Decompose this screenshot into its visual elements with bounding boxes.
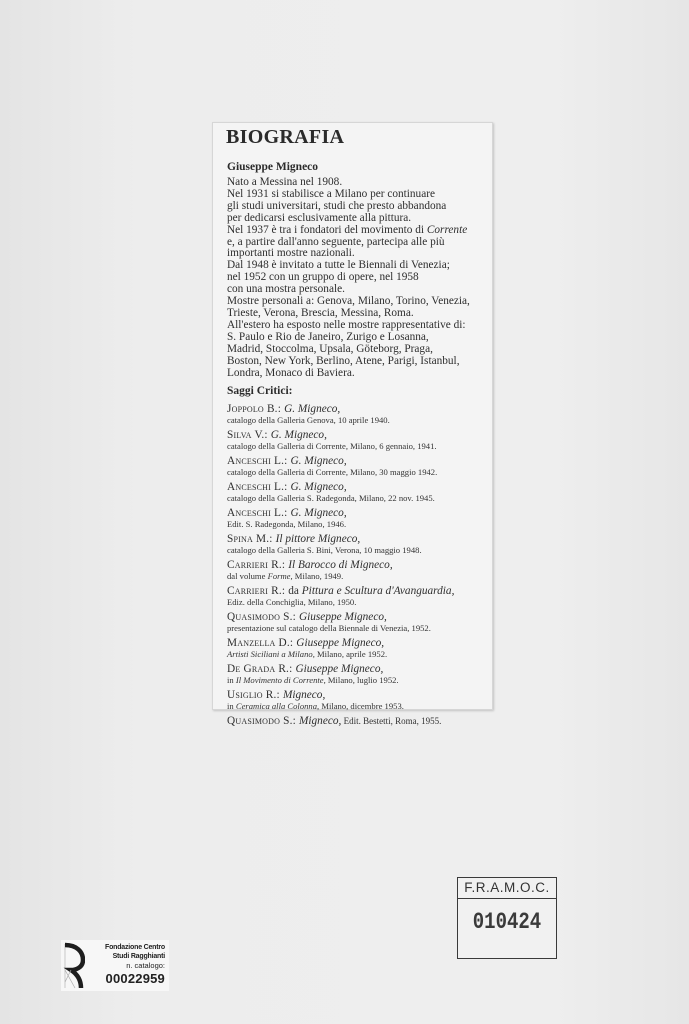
- reference-item: De Grada R.: Giuseppe Migneco,in Il Movi…: [227, 663, 492, 686]
- reference-detail: dal volume Forme, Milano, 1949.: [227, 571, 492, 582]
- reference-title: Giuseppe Migneco,: [299, 611, 387, 623]
- reference-item: Anceschi L.: G. Migneco,catalogo della G…: [227, 481, 492, 504]
- reference-author: Silva V.:: [227, 429, 271, 441]
- reference-title: G. Migneco,: [291, 481, 347, 493]
- reference-author: Anceschi L.:: [227, 481, 291, 493]
- catalog-label: Fondazione Centro Studi Ragghianti n. ca…: [61, 940, 169, 991]
- reference-detail: catalogo della Galleria S. Radegonda, Mi…: [227, 493, 492, 504]
- reference-author: Joppolo B.:: [227, 403, 284, 415]
- reference-title: Migneco,: [299, 715, 341, 727]
- reference-detail: catalogo della Galleria di Corrente, Mil…: [227, 441, 492, 452]
- reference-author: Carrieri R.:: [227, 559, 288, 571]
- reference-item: Spina M.: Il pittore Migneco,catalogo de…: [227, 533, 492, 556]
- reference-title: Il pittore Migneco,: [276, 533, 361, 545]
- label-catalog-caption: n. catalogo:: [105, 961, 165, 970]
- reference-title: G. Migneco,: [291, 507, 347, 519]
- reference-title: Migneco,: [283, 689, 325, 701]
- reference-author: Quasimodo S.:: [227, 611, 299, 623]
- bio-line: Boston, New York, Berlino, Atene, Parigi…: [227, 356, 492, 368]
- label-foundation-line1: Fondazione Centro: [105, 943, 165, 952]
- reference-detail: in Ceramica alla Colonna, Milano, dicemb…: [227, 701, 492, 712]
- ragghianti-r-logo-icon: [63, 942, 85, 990]
- reference-item: Quasimodo S.: Migneco, Edit. Bestetti, R…: [227, 715, 492, 727]
- reference-author: Manzella D.:: [227, 637, 296, 649]
- bio-line: Madrid, Stoccolma, Upsala, Göteborg, Pra…: [227, 344, 492, 356]
- bio-line: Nel 1937 è tra i fondatori del movimento…: [227, 225, 492, 237]
- reference-author: Quasimodo S.:: [227, 715, 299, 727]
- reference-title: Il Barocco di Migneco,: [288, 559, 392, 571]
- reference-item: Anceschi L.: G. Migneco,Edit. S. Radegon…: [227, 507, 492, 530]
- reference-item: Carrieri R.: Il Barocco di Migneco,dal v…: [227, 559, 492, 582]
- critical-essays-list: Joppolo B.: G. Migneco,catalogo della Ga…: [227, 403, 492, 730]
- reference-detail: in Il Movimento di Corrente, Milano, lug…: [227, 675, 492, 686]
- reference-item: Quasimodo S.: Giuseppe Migneco,presentaz…: [227, 611, 492, 634]
- reference-detail: catalogo della Galleria S. Bini, Verona,…: [227, 545, 492, 556]
- stamp-number: 010424: [458, 909, 556, 935]
- reference-detail: Ediz. della Conchiglia, Milano, 1950.: [227, 597, 492, 608]
- reference-title: Giuseppe Migneco,: [295, 663, 383, 675]
- stamp-header: F.R.A.M.O.C.: [458, 878, 556, 899]
- bio-line: S. Paulo e Rio de Janeiro, Zurigo e Losa…: [227, 332, 492, 344]
- label-foundation-line2: Studi Ragghianti: [105, 952, 165, 961]
- reference-detail: presentazione sul catalogo della Biennal…: [227, 623, 492, 634]
- reference-title: Pittura e Scultura d'Avanguardia,: [302, 585, 455, 597]
- reference-author: Anceschi L.:: [227, 507, 291, 519]
- reference-detail: Edit. S. Radegonda, Milano, 1946.: [227, 519, 492, 530]
- reference-title: G. Migneco,: [271, 429, 327, 441]
- reference-author: Usiglio R.:: [227, 689, 283, 701]
- reference-title: G. Migneco,: [284, 403, 340, 415]
- reference-detail: Artisti Siciliani a Milano, Milano, apri…: [227, 649, 492, 660]
- reference-author: Anceschi L.:: [227, 455, 291, 467]
- reference-author: Carrieri R.:: [227, 585, 288, 597]
- reference-detail: catalogo della Galleria Genova, 10 april…: [227, 415, 492, 426]
- label-catalog-number: 00022959: [105, 971, 165, 987]
- biography-text: Nato a Messina nel 1908.Nel 1931 si stab…: [227, 177, 492, 379]
- reference-title: G. Migneco,: [291, 455, 347, 467]
- reference-item: Carrieri R.: da Pittura e Scultura d'Ava…: [227, 585, 492, 608]
- reference-item: Manzella D.: Giuseppe Migneco,Artisti Si…: [227, 637, 492, 660]
- reference-item: Usiglio R.: Migneco,in Ceramica alla Col…: [227, 689, 492, 712]
- critical-essays-heading: Saggi Critici:: [227, 385, 292, 397]
- document-title: BIOGRAFIA: [226, 126, 344, 149]
- bio-line: All'estero ha esposto nelle mostre rappr…: [227, 320, 492, 332]
- reference-author: Spina M.:: [227, 533, 276, 545]
- bio-line: gli studi universitari, studi che presto…: [227, 201, 492, 213]
- reference-author: De Grada R.:: [227, 663, 295, 675]
- framoc-stamp: F.R.A.M.O.C. 010424: [457, 877, 557, 959]
- artist-name: Giuseppe Migneco: [227, 161, 318, 173]
- reference-detail: catalogo della Galleria di Corrente, Mil…: [227, 467, 492, 478]
- reference-item: Anceschi L.: G. Migneco,catalogo della G…: [227, 455, 492, 478]
- biography-card: BIOGRAFIA Giuseppe Migneco Nato a Messin…: [212, 122, 493, 710]
- reference-item: Joppolo B.: G. Migneco,catalogo della Ga…: [227, 403, 492, 426]
- reference-title: Giuseppe Migneco,: [296, 637, 384, 649]
- reference-item: Silva V.: G. Migneco,catalogo della Gall…: [227, 429, 492, 452]
- bio-line: Londra, Monaco di Baviera.: [227, 368, 492, 380]
